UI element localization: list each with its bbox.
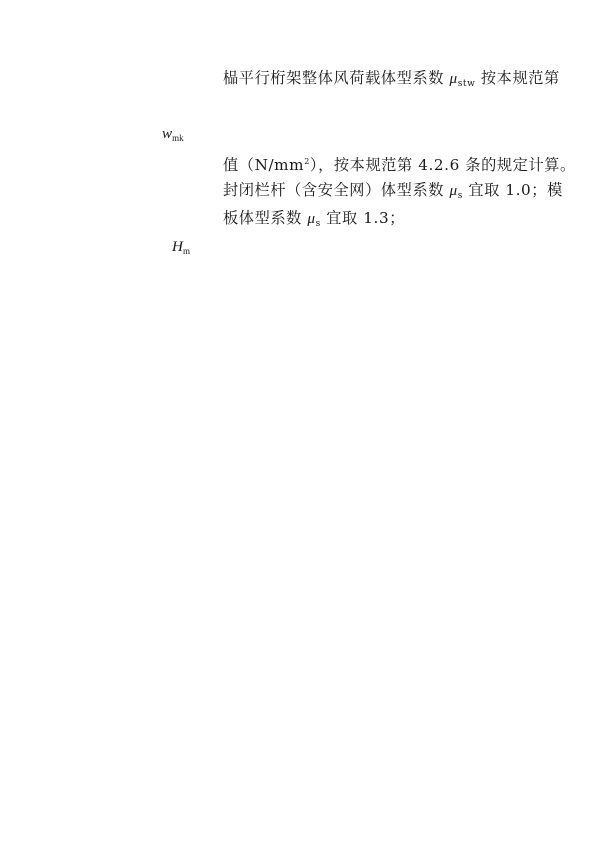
clause-5-3-7 xyxy=(120,576,136,597)
def-wmk-line-4: 板体型系数 μs 宜取 1.3； xyxy=(223,208,405,234)
symbol-H-m: Hm xyxy=(172,237,190,261)
def-wmk-line-3: 封闭栏杆（含安全网）体型系数 μs 宜取 1.0；模 xyxy=(223,180,563,206)
def-wmk-line-2: 值（N/mm2），按本规范第 4.2.6 条的规定计算。 xyxy=(223,152,576,175)
def-continuation-line-1: 榀平行桁架整体风荷载体型系数 μstw 按本规范第 xyxy=(223,68,560,94)
clause-5-3-6-item-3 xyxy=(150,548,166,569)
clause-5-3-8 xyxy=(120,661,136,682)
clause-5-3-6 xyxy=(120,377,136,398)
clause-5-3-6-item-1 xyxy=(150,434,166,455)
clause-5-3-6-item-2 xyxy=(150,491,166,512)
symbol-w-mk: wmk xyxy=(162,124,184,148)
